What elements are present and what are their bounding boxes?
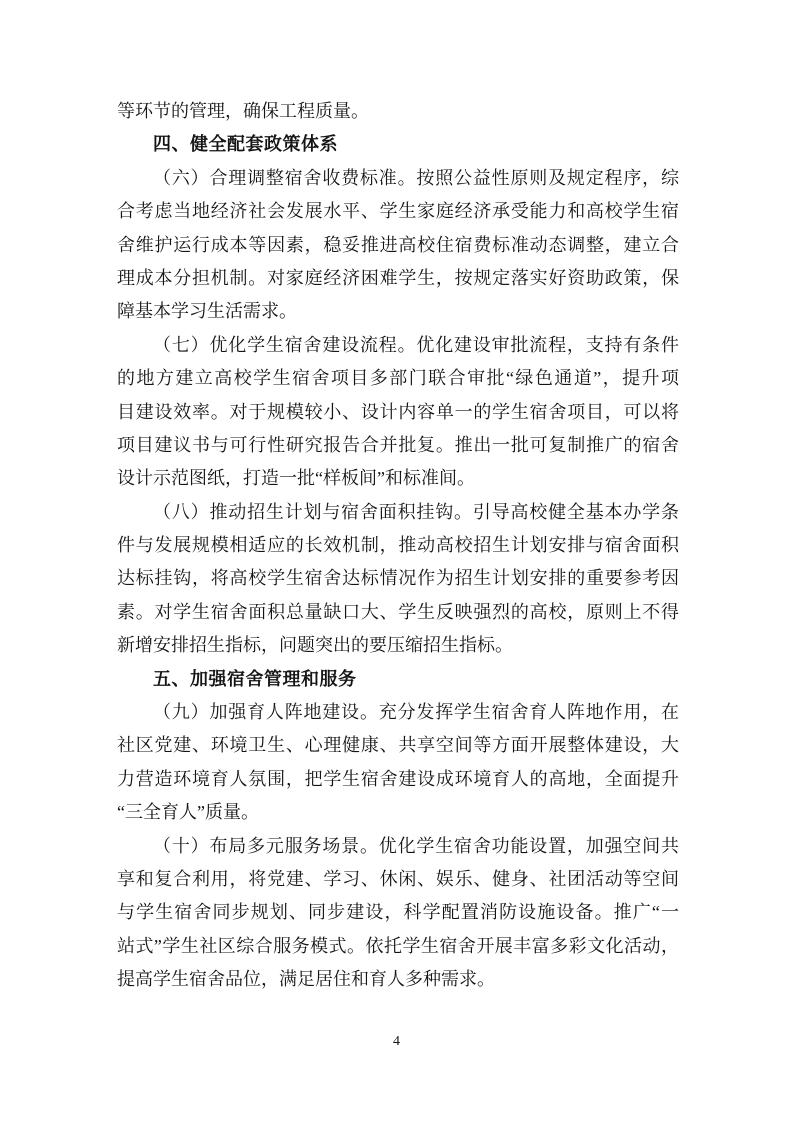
text-line: 达标挂钩，将高校学生宿舍达标情况作为招生计划安排的重要参考因	[117, 562, 679, 595]
text-line: 五、加强宿舍管理和服务	[117, 663, 679, 696]
document-body: 等环节的管理，确保工程质量。四、健全配套政策体系（六）合理调整宿舍收费标准。按照…	[117, 95, 679, 997]
paragraph-8: （八）推动招生计划与宿舍面积挂钩。引导高校健全基本办学条件与发展规模相适应的长效…	[117, 496, 679, 663]
text-line: 舍维护运行成本等因素，稳妥推进高校住宿费标准动态调整，建立合	[117, 229, 679, 262]
text-line: 力营造环境育人氛围，把学生宿舍建设成环境育人的高地，全面提升	[117, 763, 679, 796]
text-line: 目建设效率。对于规模较小、设计内容单一的学生宿舍项目，可以将	[117, 396, 679, 429]
text-line: （七）优化学生宿舍建设流程。优化建设审批流程，支持有条件	[117, 329, 679, 362]
text-line: （八）推动招生计划与宿舍面积挂钩。引导高校健全基本办学条	[117, 496, 679, 529]
text-line: 理成本分担机制。对家庭经济困难学生，按规定落实好资助政策，保	[117, 262, 679, 295]
text-line: 等环节的管理，确保工程质量。	[117, 95, 679, 128]
text-line: 件与发展规模相适应的长效机制，推动高校招生计划安排与宿舍面积	[117, 529, 679, 562]
text-line: 的地方建立高校学生宿舍项目多部门联合审批“绿色通道”，提升项	[117, 362, 679, 395]
page-number: 4	[0, 1032, 793, 1052]
text-line: 新增安排招生指标，问题突出的要压缩招生指标。	[117, 629, 679, 662]
text-line: 提高学生宿舍品位，满足居住和育人多种需求。	[117, 963, 679, 996]
section-heading-4: 四、健全配套政策体系	[117, 128, 679, 161]
text-line: （六）合理调整宿舍收费标准。按照公益性原则及规定程序，综	[117, 162, 679, 195]
paragraph-9: （九）加强育人阵地建设。充分发挥学生宿舍育人阵地作用，在社区党建、环境卫生、心理…	[117, 696, 679, 830]
text-line: 障基本学习生活需求。	[117, 295, 679, 328]
text-line: 与学生宿舍同步规划、同步建设，科学配置消防设施设备。推广“一	[117, 896, 679, 929]
text-line: 项目建议书与可行性研究报告合并批复。推出一批可复制推广的宿舍	[117, 429, 679, 462]
text-line: 设计示范图纸，打造一批“样板间”和标准间。	[117, 462, 679, 495]
document-page: 等环节的管理，确保工程质量。四、健全配套政策体系（六）合理调整宿舍收费标准。按照…	[0, 0, 793, 1122]
text-line: 四、健全配套政策体系	[117, 128, 679, 161]
text-line: 社区党建、环境卫生、心理健康、共享空间等方面开展整体建设，大	[117, 729, 679, 762]
text-line: （十）布局多元服务场景。优化学生宿舍功能设置，加强空间共	[117, 830, 679, 863]
text-line: 站式”学生社区综合服务模式。依托学生宿舍开展丰富多彩文化活动，	[117, 930, 679, 963]
paragraph-6: （六）合理调整宿舍收费标准。按照公益性原则及规定程序，综合考虑当地经济社会发展水…	[117, 162, 679, 329]
text-line: （九）加强育人阵地建设。充分发挥学生宿舍育人阵地作用，在	[117, 696, 679, 729]
paragraph-7: （七）优化学生宿舍建设流程。优化建设审批流程，支持有条件的地方建立高校学生宿舍项…	[117, 329, 679, 496]
text-line: 素。对学生宿舍面积总量缺口大、学生反映强烈的高校，原则上不得	[117, 596, 679, 629]
paragraph-10: （十）布局多元服务场景。优化学生宿舍功能设置，加强空间共享和复合利用，将党建、学…	[117, 830, 679, 997]
continued-paragraph: 等环节的管理，确保工程质量。	[117, 95, 679, 128]
section-heading-5: 五、加强宿舍管理和服务	[117, 663, 679, 696]
text-line: 享和复合利用，将党建、学习、休闲、娱乐、健身、社团活动等空间	[117, 863, 679, 896]
text-line: 合考虑当地经济社会发展水平、学生家庭经济承受能力和高校学生宿	[117, 195, 679, 228]
text-line: “三全育人”质量。	[117, 796, 679, 829]
